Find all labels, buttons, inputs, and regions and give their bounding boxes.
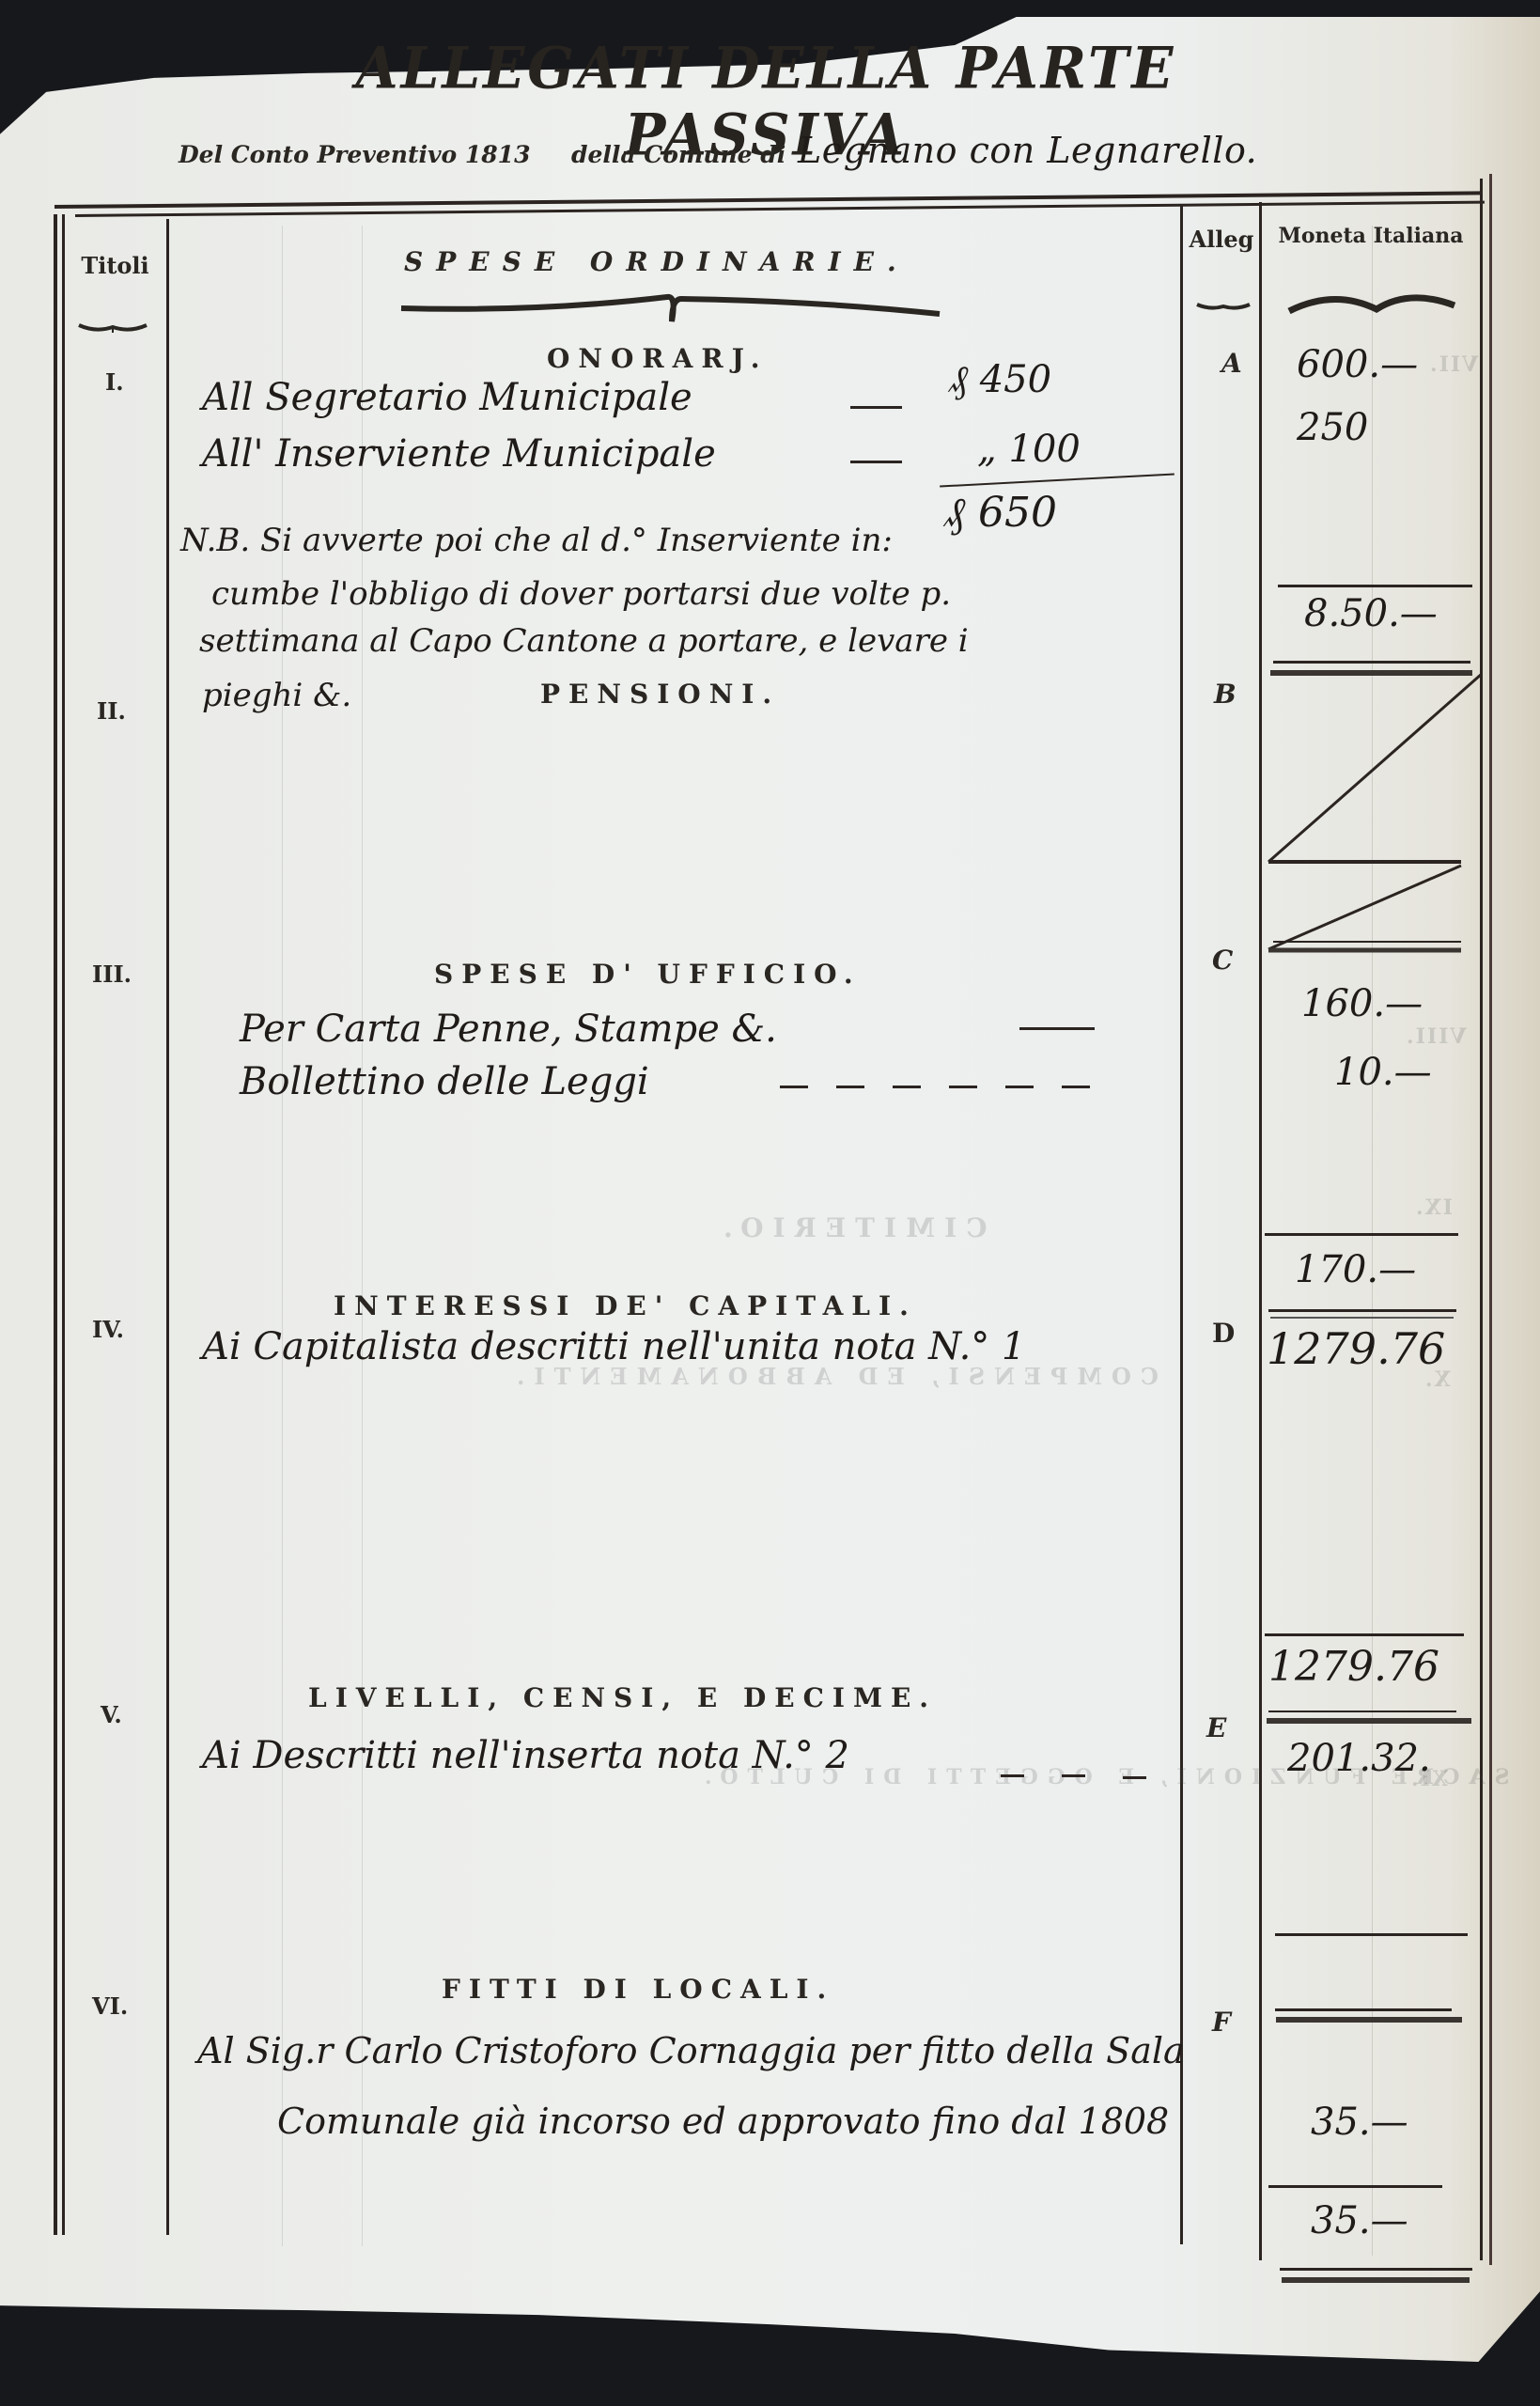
section-v-entry-1-text: Ai Descritti nell'inserta nota N.° 2	[202, 1734, 849, 1777]
section-iv-alleg: D	[1212, 1318, 1235, 1349]
entry-4-leader-1	[780, 1086, 808, 1088]
entry-4-leader-4	[949, 1086, 977, 1088]
double-rule-interessi-1	[1268, 1711, 1456, 1712]
entry-4-leader-6	[1062, 1086, 1090, 1088]
section-iii-entry-1-text: Per Carta Penne, Stampe &.	[240, 1008, 777, 1051]
document-subtitle: Del Conto Preventivo 1813 della Comune d…	[179, 130, 1257, 171]
section-i-note-line-3: settimana al Capo Cantone a portare, e l…	[199, 622, 969, 660]
section-iii-entry-2-amount: 10.—	[1334, 1051, 1432, 1094]
section-i-note-line-4: pieghi &.	[202, 677, 351, 714]
brace-moneta-icon	[1287, 287, 1456, 315]
double-rule-fitti-2	[1282, 2277, 1470, 2283]
section-i-entry-1-subamount: ₰ 450	[949, 357, 1051, 401]
section-i-heading: ONORARJ.	[547, 343, 768, 374]
total-rule-ufficio	[1265, 1233, 1458, 1236]
bleed-through-roman-vii: VII.	[1428, 352, 1478, 377]
section-i-subtotal-side: ₰ 650	[944, 489, 1057, 537]
section-ii-heading: PENSIONI.	[540, 679, 780, 710]
bleed-through-roman-ix: IX.	[1414, 1195, 1453, 1220]
subtitle-printed-comune: della Comune di	[571, 141, 786, 168]
section-ii-roman: II.	[97, 697, 126, 725]
double-rule-livelli-2	[1276, 2017, 1462, 2023]
entry-4-leader-5	[1005, 1086, 1034, 1088]
section-v-heading: LIVELLI, CENSI, E DECIME.	[308, 1682, 937, 1713]
section-iii-alleg: C	[1212, 945, 1233, 976]
section-i-entry-1-amount: 600.—	[1297, 343, 1418, 386]
section-i-total: 8.50.—	[1304, 592, 1438, 635]
double-rule-ufficio-1	[1268, 1309, 1456, 1312]
brace-titoli-icon	[77, 318, 148, 336]
section-v-roman: V.	[101, 1701, 122, 1728]
section-vi-entry-1-text-line-2: Comunale già incorso ed approvato fino d…	[277, 2101, 1169, 2142]
section-vi-alleg: F	[1212, 2007, 1231, 2038]
section-i-entry-2-subamount: „ 100	[977, 428, 1081, 471]
faint-ruling-moneta	[1372, 226, 1373, 2256]
double-rule-ufficio-2	[1270, 1317, 1454, 1319]
section-iii-roman: III.	[92, 961, 132, 988]
brace-alleg-icon	[1195, 299, 1252, 314]
total-rule-onorarj	[1278, 585, 1472, 587]
section-i-roman: I.	[105, 368, 124, 396]
section-iv-total: 1279.76	[1268, 1643, 1439, 1691]
section-vi-heading: FITTI DI LOCALI.	[442, 1974, 834, 2005]
section-iv-entry-1-text: Ai Capitalista descritti nell'unita nota…	[202, 1325, 1025, 1368]
entry-5-leader-1	[1001, 1774, 1024, 1777]
section-vi-roman: VI.	[92, 1992, 128, 2020]
section-ii-alleg: B	[1214, 679, 1237, 710]
section-i-entry-1-text: All Segretario Municipale	[202, 376, 692, 419]
section-iv-heading: INTERESSI DE' CAPITALI.	[334, 1290, 917, 1321]
section-i-entry-2-text: All' Inserviente Municipale	[202, 432, 716, 476]
section-iv-entry-1-amount: 1279.76	[1267, 1323, 1445, 1374]
entry-4-leader-3	[893, 1086, 921, 1088]
frame-right-inner	[1480, 179, 1483, 2260]
header-alleg: Alleg	[1184, 226, 1259, 253]
double-rule-interessi-2	[1267, 1718, 1471, 1724]
section-iii-entry-2-text: Bollettino delle Leggi	[240, 1060, 649, 1103]
section-i-alleg: A	[1221, 348, 1242, 379]
section-vi-entry-1-text-line-1: Al Sig.r Carlo Cristoforo Cornaggia per …	[197, 2030, 1185, 2071]
section-i-note-line-2: cumbe l'obbligo di dover portarsi due vo…	[211, 575, 951, 613]
frame-right-outer	[1489, 174, 1492, 2265]
frame-left-outer	[54, 214, 57, 2235]
entry-3-leader-1	[1019, 1027, 1095, 1030]
section-iii-heading: SPESE D' UFFICIO.	[434, 959, 862, 990]
entry-5-leader-3	[1123, 1776, 1146, 1779]
frame-left-inner	[62, 214, 65, 2235]
section-iii-total: 170.—	[1295, 1248, 1416, 1291]
section-vi-entry-1-amount: 35.—	[1311, 2101, 1408, 2144]
section-iii-entry-1-amount: 160.—	[1301, 982, 1423, 1025]
section-ii-cancel-strike-icon	[1264, 663, 1489, 954]
entry-2-leader	[850, 461, 902, 463]
subtitle-printed-year: Del Conto Preventivo 1813	[179, 141, 530, 168]
section-v-entry-1-amount: 201.32.	[1287, 1737, 1431, 1780]
moneta-column-left-divider	[1259, 202, 1262, 2260]
total-rule-fitti	[1268, 2185, 1442, 2188]
bleed-through-cimiterio: CIMITERIO.	[714, 1212, 988, 1243]
subtitle-handwritten-place: Legnano con Legnarello.	[798, 130, 1257, 171]
section-i-note-line-1: N.B. Si avverte poi che al d.° Inservien…	[180, 522, 893, 559]
header-titoli: Titoli	[66, 252, 164, 279]
bleed-through-roman-viii: VIII.	[1405, 1024, 1467, 1049]
total-rule-interessi	[1265, 1633, 1464, 1636]
total-rule-livelli	[1275, 1933, 1468, 1936]
entry-5-leader-2	[1062, 1774, 1085, 1777]
brace-main-icon	[399, 293, 944, 331]
double-rule-fitti-1	[1280, 2268, 1472, 2271]
section-vi-total: 35.—	[1311, 2199, 1408, 2242]
section-iv-roman: IV.	[92, 1316, 124, 1343]
entry-1-leader	[850, 406, 902, 409]
titoli-column-divider	[166, 219, 169, 2235]
section-v-alleg: E	[1206, 1712, 1226, 1743]
header-spese-ordinarie: SPESE ORDINARIE.	[404, 246, 910, 277]
alleg-column-left-divider	[1180, 205, 1183, 2244]
double-rule-livelli-1	[1275, 2008, 1452, 2011]
entry-4-leader-2	[836, 1086, 864, 1088]
section-i-entry-2-amount: 250	[1297, 406, 1368, 449]
header-moneta-italiana: Moneta Italiana	[1262, 224, 1480, 248]
